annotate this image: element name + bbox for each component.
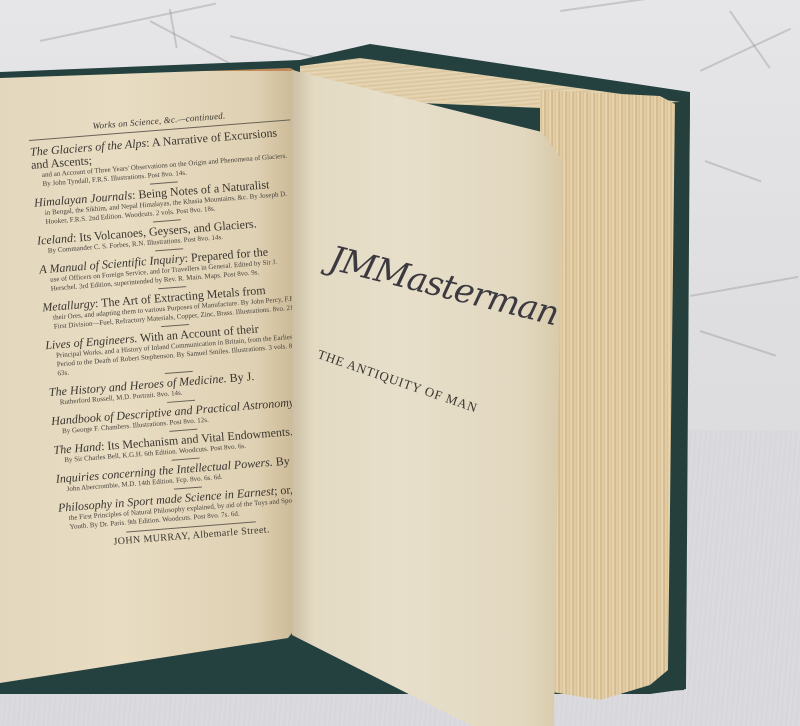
advertisement-list: Works on Science, &c.—continued. The Gla…: [28, 105, 323, 551]
entry-subtitle: By J.: [226, 369, 255, 385]
left-page: Works on Science, &c.—continued. The Gla…: [0, 68, 300, 683]
entry-subtitle: By: [272, 454, 290, 469]
